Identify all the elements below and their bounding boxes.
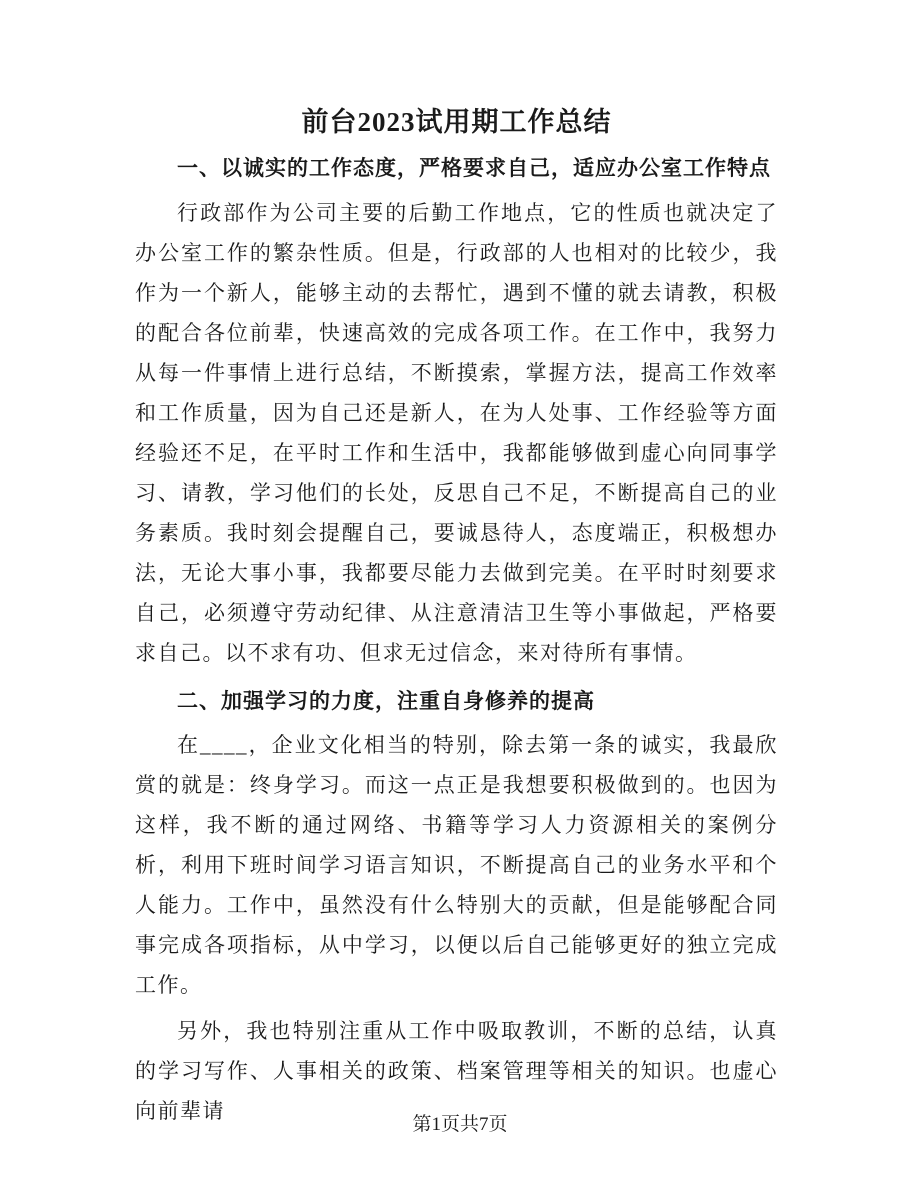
section-1-paragraph-1: 行政部作为公司主要的后勤工作地点，它的性质也就决定了办公室工作的繁杂性质。但是，…	[135, 193, 778, 673]
section-1-heading: 一、以诚实的工作态度，严格要求自己，适应办公室工作特点	[135, 148, 778, 188]
section-honest-work-attitude: 一、以诚实的工作态度，严格要求自己，适应办公室工作特点 行政部作为公司主要的后勤…	[135, 148, 778, 673]
section-2-paragraph-1: 在____，企业文化相当的特别，除去第一条的诚实，我最欣赏的就是：终身学习。而这…	[135, 725, 778, 1005]
page-footer: 第1页共7页	[0, 1112, 920, 1138]
page-title: 前台2023试用期工作总结	[135, 102, 778, 142]
section-2-heading: 二、加强学习的力度，注重自身修养的提高	[135, 681, 778, 721]
page-number-label: 第1页共7页	[412, 1114, 507, 1135]
section-strengthen-learning: 二、加强学习的力度，注重自身修养的提高 在____，企业文化相当的特别，除去第一…	[135, 681, 778, 1131]
document-content: 前台2023试用期工作总结 一、以诚实的工作态度，严格要求自己，适应办公室工作特…	[0, 0, 920, 1131]
document-page: 前台2023试用期工作总结 一、以诚实的工作态度，严格要求自己，适应办公室工作特…	[0, 0, 920, 1191]
